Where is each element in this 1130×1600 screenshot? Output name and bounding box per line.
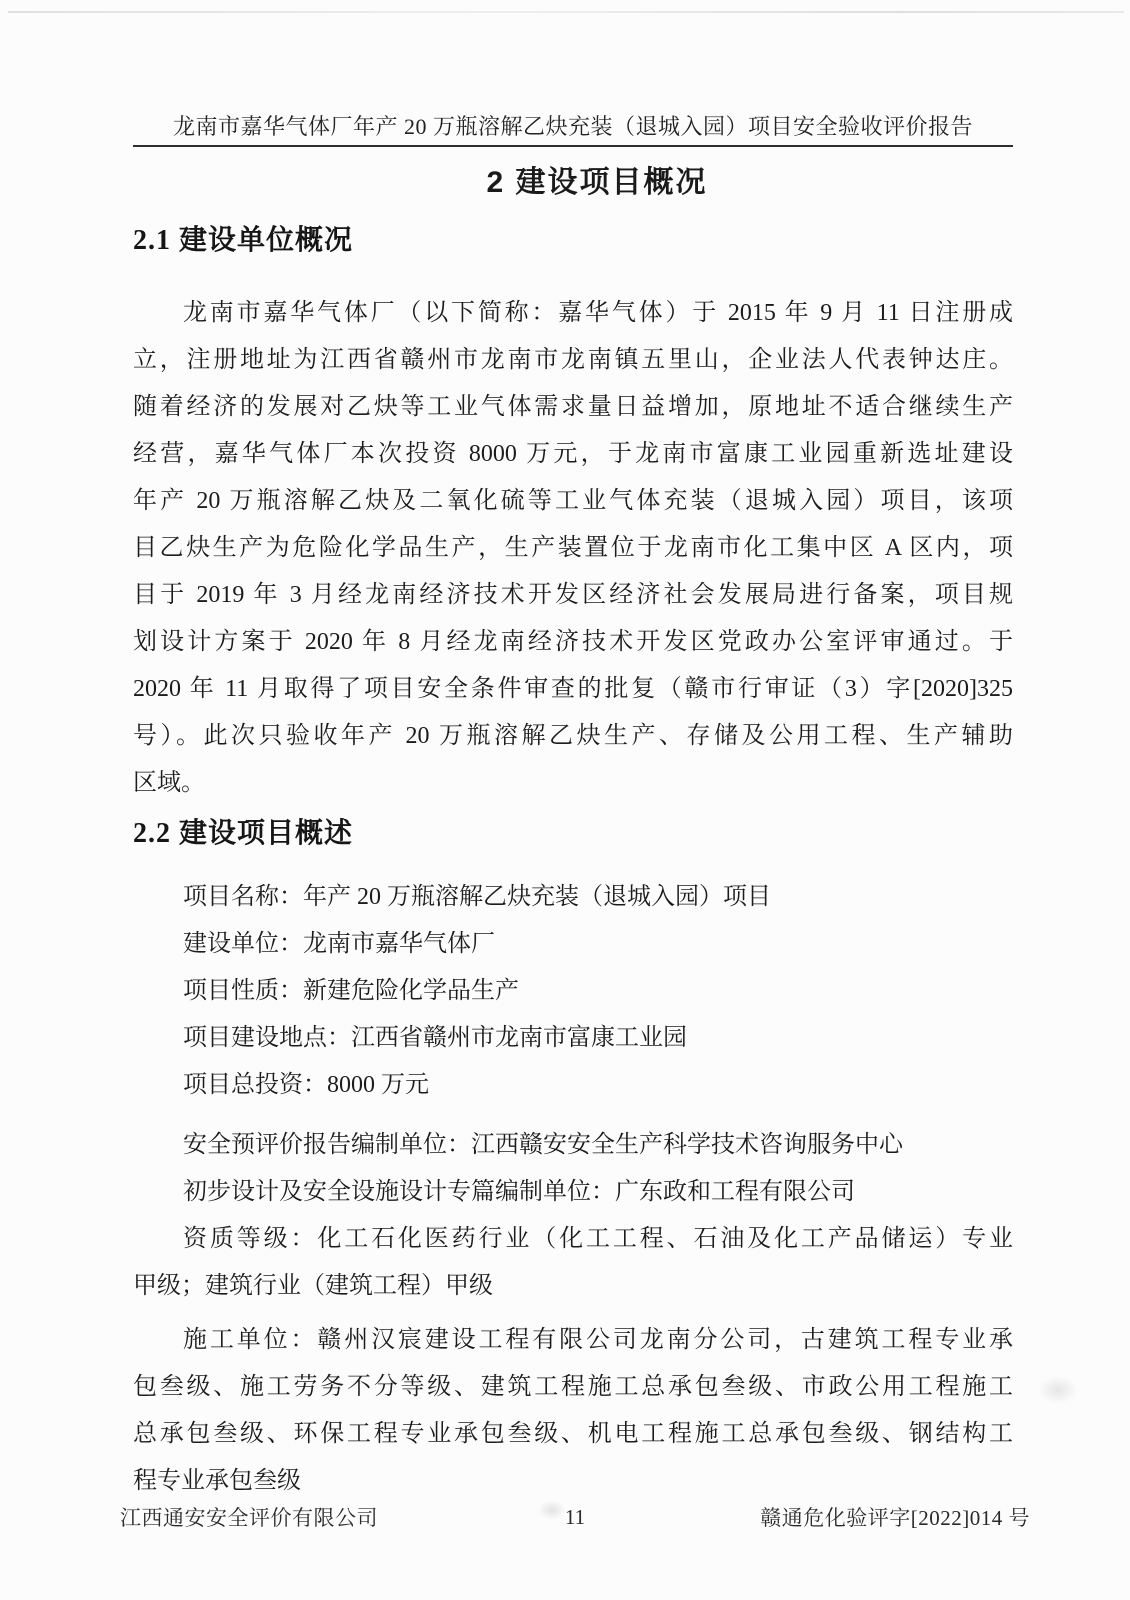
body-line: 经营，嘉华气体厂本次投资 8000 万元，于龙南市富康工业园重新选址建设 <box>133 431 1013 478</box>
page-content: 龙南市嘉华气体厂年产 20 万瓶溶解乙炔充装（退城入园）项目安全验收评价报告 2… <box>133 0 1013 1505</box>
page-footer: 江西通安安全评价有限公司 11 赣通危化验评字[2022]014 号 <box>120 1502 1030 1532</box>
body-line: 划设计方案于 2020 年 8 月经龙南经济技术开发区党政办公室评审通过。于 <box>133 619 1013 666</box>
body-line: 随着经济的发展对乙炔等工业气体需求量日益增加，原地址不适合继续生产 <box>133 384 1013 431</box>
scan-artifact-smudge <box>1038 1376 1078 1404</box>
footer-doc-number: 赣通危化验评字[2022]014 号 <box>605 1502 1030 1532</box>
body-line: 龙南市嘉华气体厂（以下简称：嘉华气体）于 2015 年 9 月 11 日注册成 <box>133 290 1013 337</box>
body-line: 甲级；建筑行业（建筑工程）甲级 <box>133 1263 1013 1310</box>
footer-page-number: 11 <box>545 1505 605 1530</box>
body-line: 初步设计及安全设施设计专篇编制单位：广东政和工程有限公司 <box>133 1169 1013 1216</box>
section-2-1-heading: 2.1 建设单位概况 <box>133 223 1013 259</box>
section-2-2-heading: 2.2 建设项目概述 <box>133 816 1013 852</box>
body-line: 号）。此次只验收年产 20 万瓶溶解乙炔生产、存储及公用工程、生产辅助 <box>133 713 1013 760</box>
body-line: 项目建设地点：江西省赣州市龙南市富康工业园 <box>133 1015 1013 1062</box>
body-line: 项目名称：年产 20 万瓶溶解乙炔充装（退城入园）项目 <box>133 874 1013 921</box>
body-line: 资质等级：化工石化医药行业（化工工程、石油及化工产品储运）专业 <box>133 1216 1013 1263</box>
body-line: 项目总投资：8000 万元 <box>133 1062 1013 1109</box>
body-line: 程专业承包叁级 <box>133 1458 1013 1505</box>
body-line: 2020 年 11 月取得了项目安全条件审查的批复（赣市行审证（3）字[2020… <box>133 666 1013 713</box>
report-page: 龙南市嘉华气体厂年产 20 万瓶溶解乙炔充装（退城入园）项目安全验收评价报告 2… <box>0 0 1130 1600</box>
body-line: 目于 2019 年 3 月经龙南经济技术开发区经济社会发展局进行备案，项目规 <box>133 572 1013 619</box>
body-line: 年产 20 万瓶溶解乙炔及二氧化硫等工业气体充装（退城入园）项目，该项 <box>133 478 1013 525</box>
section-2-1-paragraph: 龙南市嘉华气体厂（以下简称：嘉华气体）于 2015 年 9 月 11 日注册成 … <box>133 290 1013 807</box>
body-line: 立，注册地址为江西省赣州市龙南市龙南镇五里山，企业法人代表钟达庄。 <box>133 337 1013 384</box>
footer-company: 江西通安安全评价有限公司 <box>120 1502 545 1532</box>
chapter-title: 2 建设项目概况 <box>133 164 1013 202</box>
body-line: 区域。 <box>133 760 1013 807</box>
running-header-title: 龙南市嘉华气体厂年产 20 万瓶溶解乙炔充装（退城入园）项目安全验收评价报告 <box>173 114 973 139</box>
body-line: 建设单位：龙南市嘉华气体厂 <box>133 921 1013 968</box>
section-2-2-paragraph: 项目名称：年产 20 万瓶溶解乙炔充装（退城入园）项目 建设单位：龙南市嘉华气体… <box>133 874 1013 1505</box>
body-line: 包叁级、施工劳务不分等级、建筑工程施工总承包叁级、市政公用工程施工 <box>133 1364 1013 1411</box>
body-line: 项目性质：新建危险化学品生产 <box>133 968 1013 1015</box>
body-line: 安全预评价报告编制单位：江西赣安安全生产科学技术咨询服务中心 <box>133 1122 1013 1169</box>
running-header: 龙南市嘉华气体厂年产 20 万瓶溶解乙炔充装（退城入园）项目安全验收评价报告 <box>133 112 1013 147</box>
body-line: 目乙炔生产为危险化学品生产，生产装置位于龙南市化工集中区 A 区内，项 <box>133 525 1013 572</box>
body-line: 施工单位：赣州汉宸建设工程有限公司龙南分公司，古建筑工程专业承 <box>133 1317 1013 1364</box>
body-line: 总承包叁级、环保工程专业承包叁级、机电工程施工总承包叁级、钢结构工 <box>133 1411 1013 1458</box>
